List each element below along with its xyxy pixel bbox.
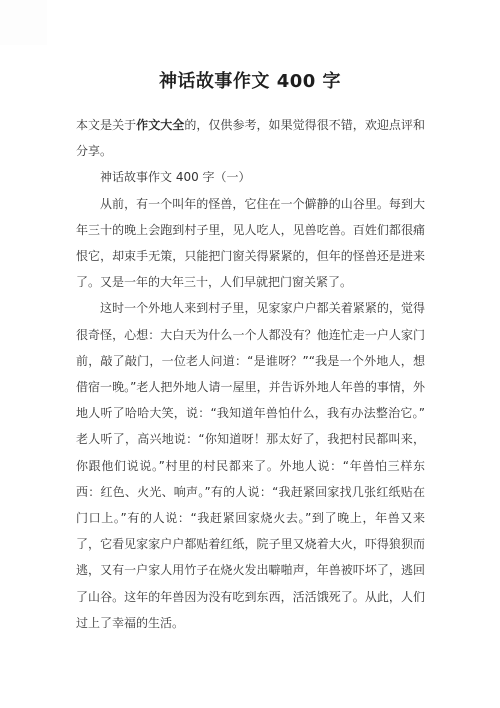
essay-paragraph-2: 这时一个外地人来到村子里，见家家户户都关着紧紧的，觉得很奇怪，心想：大白天为什么… [76, 295, 425, 636]
intro-paragraph: 本文是关于作文大全的，仅供参考，如果觉得很不错，欢迎点评和分享。 [76, 112, 425, 164]
document-title: 神话故事作文 400 字 [40, 68, 460, 95]
document-page: 神话故事作文 400 字 本文是关于作文大全的，仅供参考，如果觉得很不错，欢迎点… [0, 0, 500, 708]
corner-artifact [0, 0, 47, 45]
essay-paragraph-1: 从前，有一个叫年的怪兽，它住在一个僻静的山谷里。每到大年三十的晚上会跑到村子里，… [76, 191, 425, 296]
essay-heading: 神话故事作文 400 字（一） [76, 164, 425, 190]
intro-text-before: 本文是关于 [76, 118, 136, 132]
document-body: 本文是关于作文大全的，仅供参考，如果觉得很不错，欢迎点评和分享。 神话故事作文 … [76, 112, 425, 636]
intro-highlight-text: 作文大全 [136, 118, 184, 132]
